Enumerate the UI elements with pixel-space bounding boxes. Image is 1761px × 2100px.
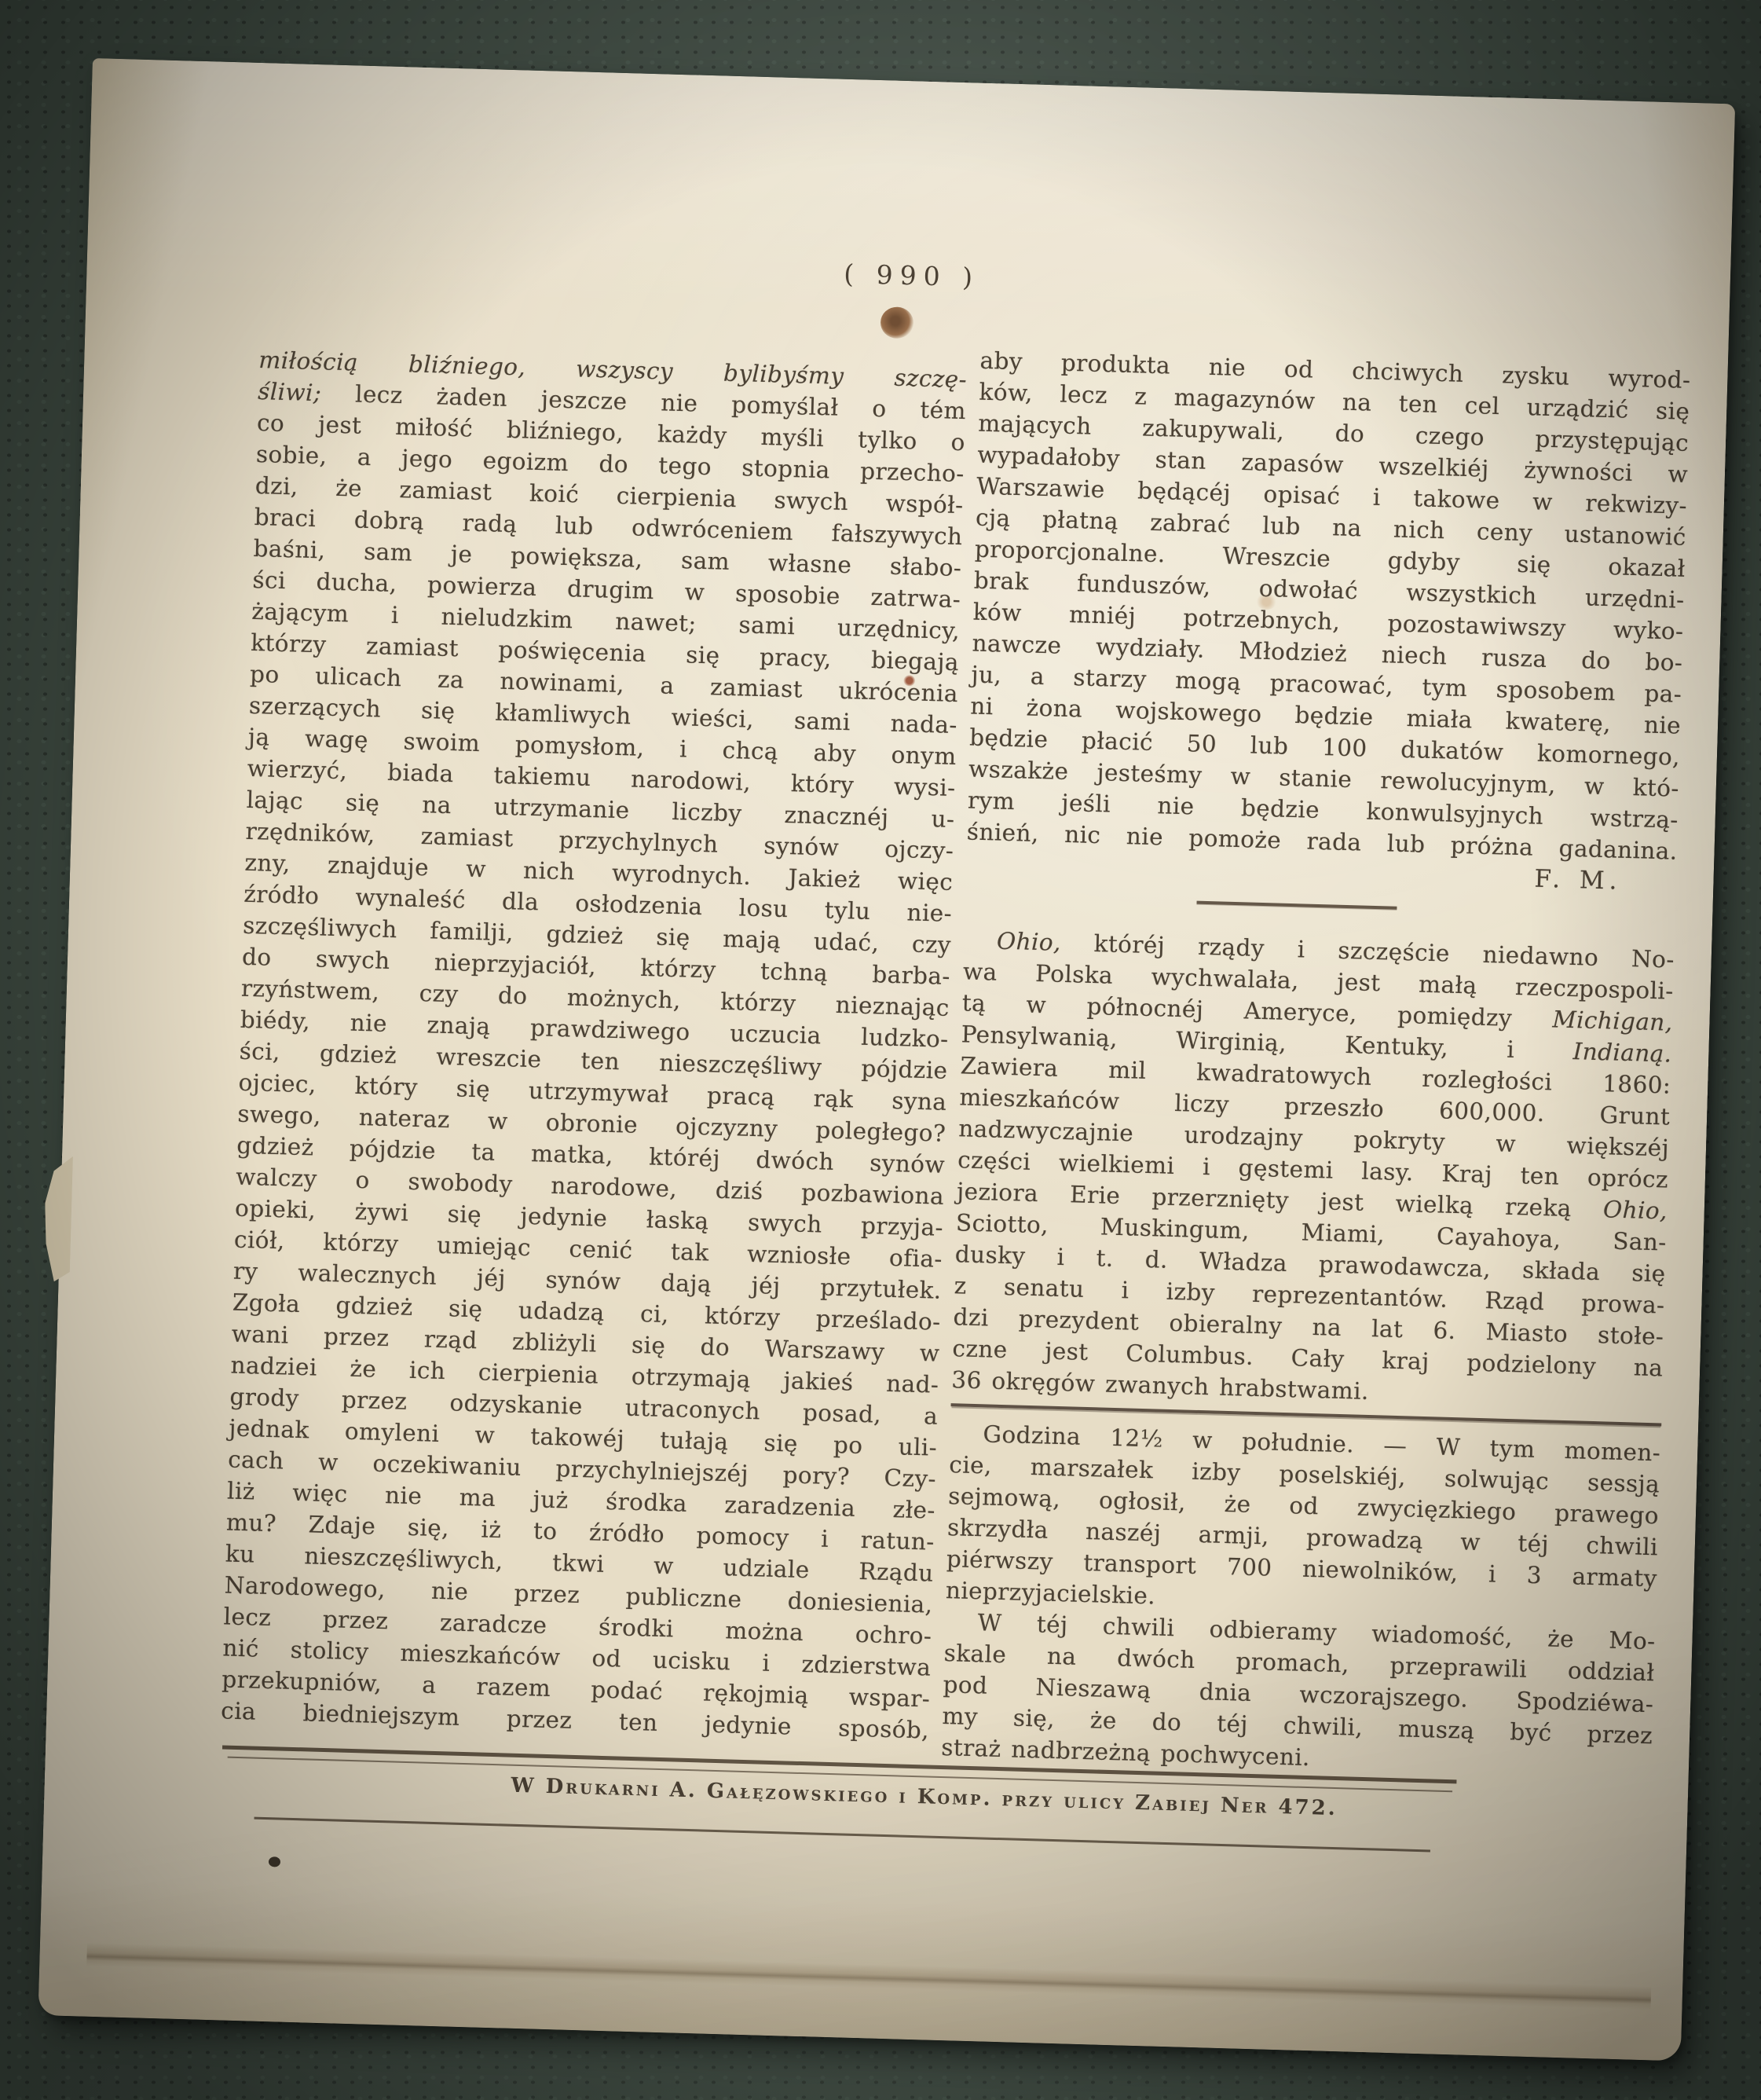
page-number: ( 990 ) bbox=[778, 256, 1045, 294]
article-ohio: Ohio, któréj rządy i szczęście niedawno … bbox=[951, 924, 1675, 1415]
section-divider-rule bbox=[1196, 901, 1397, 910]
article-moskale-dispatch: W téj chwili odbieramy wiadomość, że Mo-… bbox=[941, 1606, 1656, 1783]
torn-edge-flap bbox=[43, 1156, 73, 1282]
left-column-paragraph: miłością bliźniego, wszyscy bylibyśmy sz… bbox=[221, 344, 968, 1746]
right-column-continuation-paragraph: aby produkta nie od chciwych zysku wyrod… bbox=[966, 345, 1691, 867]
bottom-single-rule bbox=[254, 1817, 1430, 1853]
ink-dot bbox=[269, 1856, 280, 1867]
newspaper-page: ( 990 ) miłością bliźniego, wszyscy byli… bbox=[38, 58, 1735, 2061]
fold-crease bbox=[86, 1943, 1651, 2010]
article-noon-dispatch: Godzina 12½ w południe. — W tym momen-ci… bbox=[945, 1417, 1660, 1625]
photo-of-newspaper-on-desk: ( 990 ) miłością bliźniego, wszyscy byli… bbox=[0, 0, 1761, 2100]
ink-stain bbox=[880, 306, 913, 339]
right-text-column: aby produkta nie od chciwych zysku wyrod… bbox=[941, 345, 1691, 1783]
left-text-column: miłością bliźniego, wszyscy bylibyśmy sz… bbox=[221, 344, 968, 1746]
